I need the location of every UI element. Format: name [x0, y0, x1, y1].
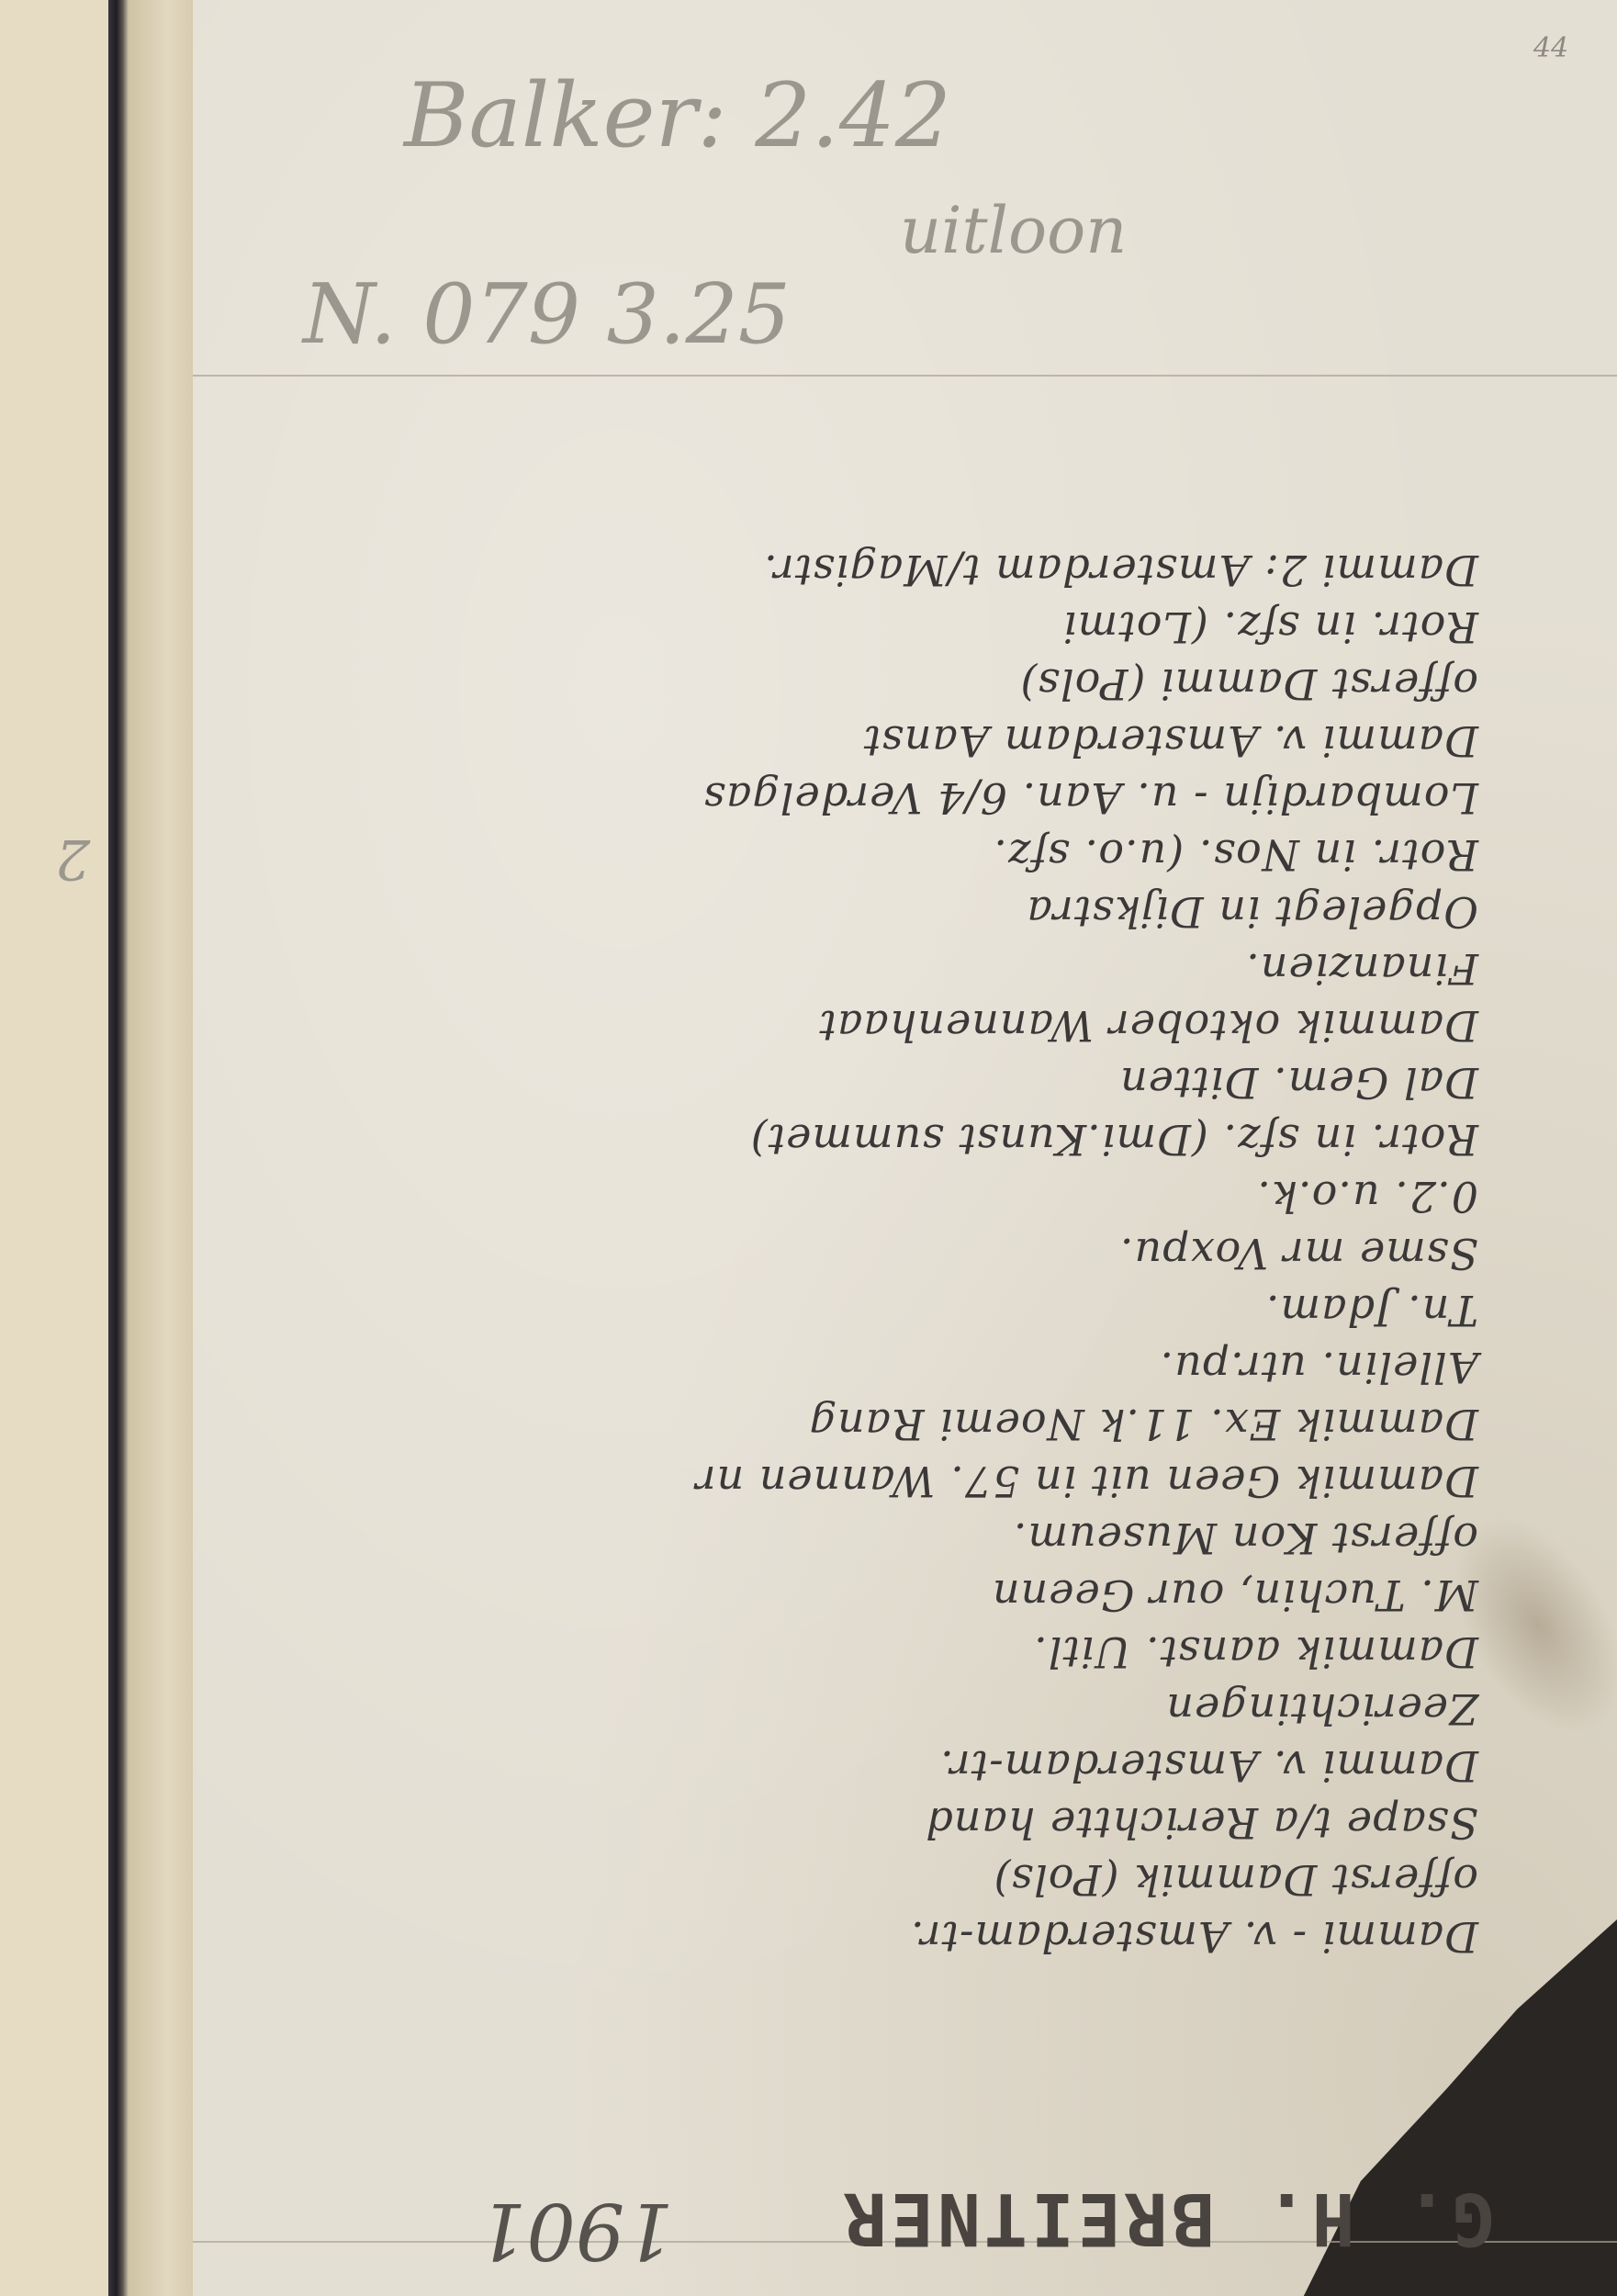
- ink-line: Dammi 2: Amsterdam t/Magistr.: [239, 542, 1478, 599]
- ink-line: Finanzien.: [239, 940, 1478, 997]
- pencil-note-1: Balker: 2.42: [404, 64, 951, 167]
- ink-line: Rotr. in sfz. (Lotmi: [239, 599, 1478, 656]
- ink-line: Dammik Ex. 11.k Noemi Rang: [239, 1396, 1478, 1453]
- ink-line: Dammik aanst. Uitl.: [239, 1624, 1478, 1681]
- ink-line: offerst Dammi (Pols): [239, 656, 1478, 713]
- page-binding-strip: [129, 0, 195, 2296]
- ink-line: Rotr. in sfz. (Dmi.Kunst summet): [239, 1111, 1478, 1168]
- page-number: 44: [1533, 32, 1568, 64]
- ink-line: Ssape t/a Rerichtte hand: [239, 1795, 1478, 1851]
- left-margin-mark: 2: [55, 827, 90, 891]
- ink-line: Dammi v. Amsterdam Aanst: [239, 713, 1478, 770]
- ink-line: Rotr. in Nos. (u.o. sfz.: [239, 827, 1478, 884]
- pencil-note-2: uitloon: [900, 193, 1127, 268]
- ink-line: Dammik oktober Wannenhaat: [239, 997, 1478, 1054]
- rule-line: [193, 375, 1617, 377]
- ink-line: Opgelegt in Dijkstra: [239, 884, 1478, 940]
- ink-line: Tn. Jdam.: [239, 1282, 1478, 1339]
- ink-line: 0.2. u.o.k.: [239, 1168, 1478, 1225]
- ink-line: Lombardijn - u. Aan. 6/4 Verdelgas: [239, 770, 1478, 827]
- owner-stamp: G. H. BREITNER: [840, 2177, 1495, 2259]
- ink-line: Dammi v. Amsterdam-tr.: [239, 1738, 1478, 1795]
- year-annotation: 1901: [477, 2186, 674, 2276]
- ink-line: offerst Kon Museum.: [239, 1510, 1478, 1567]
- left-page: [0, 0, 110, 2296]
- pencil-note-3: N. 079 3.25: [303, 266, 791, 363]
- ink-line: Ssme mr Voxpu.: [239, 1225, 1478, 1282]
- ink-line: Dammi - v. Amsterdam-tr.: [239, 1908, 1478, 1965]
- ink-line: Dal Gem. Ditten: [239, 1054, 1478, 1111]
- ink-line: Allelin. utr.pu.: [239, 1339, 1478, 1396]
- handwritten-text-block: Dammi - v. Amsterdam-tr. offerst Dammik …: [239, 542, 1478, 1965]
- ink-line: offerst Dammik (Pols): [239, 1851, 1478, 1908]
- ink-line: M. Tuchin, our Geenn: [239, 1567, 1478, 1624]
- ink-line: Dammik Geen uit in 57. Wannen nr: [239, 1453, 1478, 1510]
- binding-gutter: [108, 0, 129, 2296]
- ink-line: Zeerichtingen: [239, 1681, 1478, 1738]
